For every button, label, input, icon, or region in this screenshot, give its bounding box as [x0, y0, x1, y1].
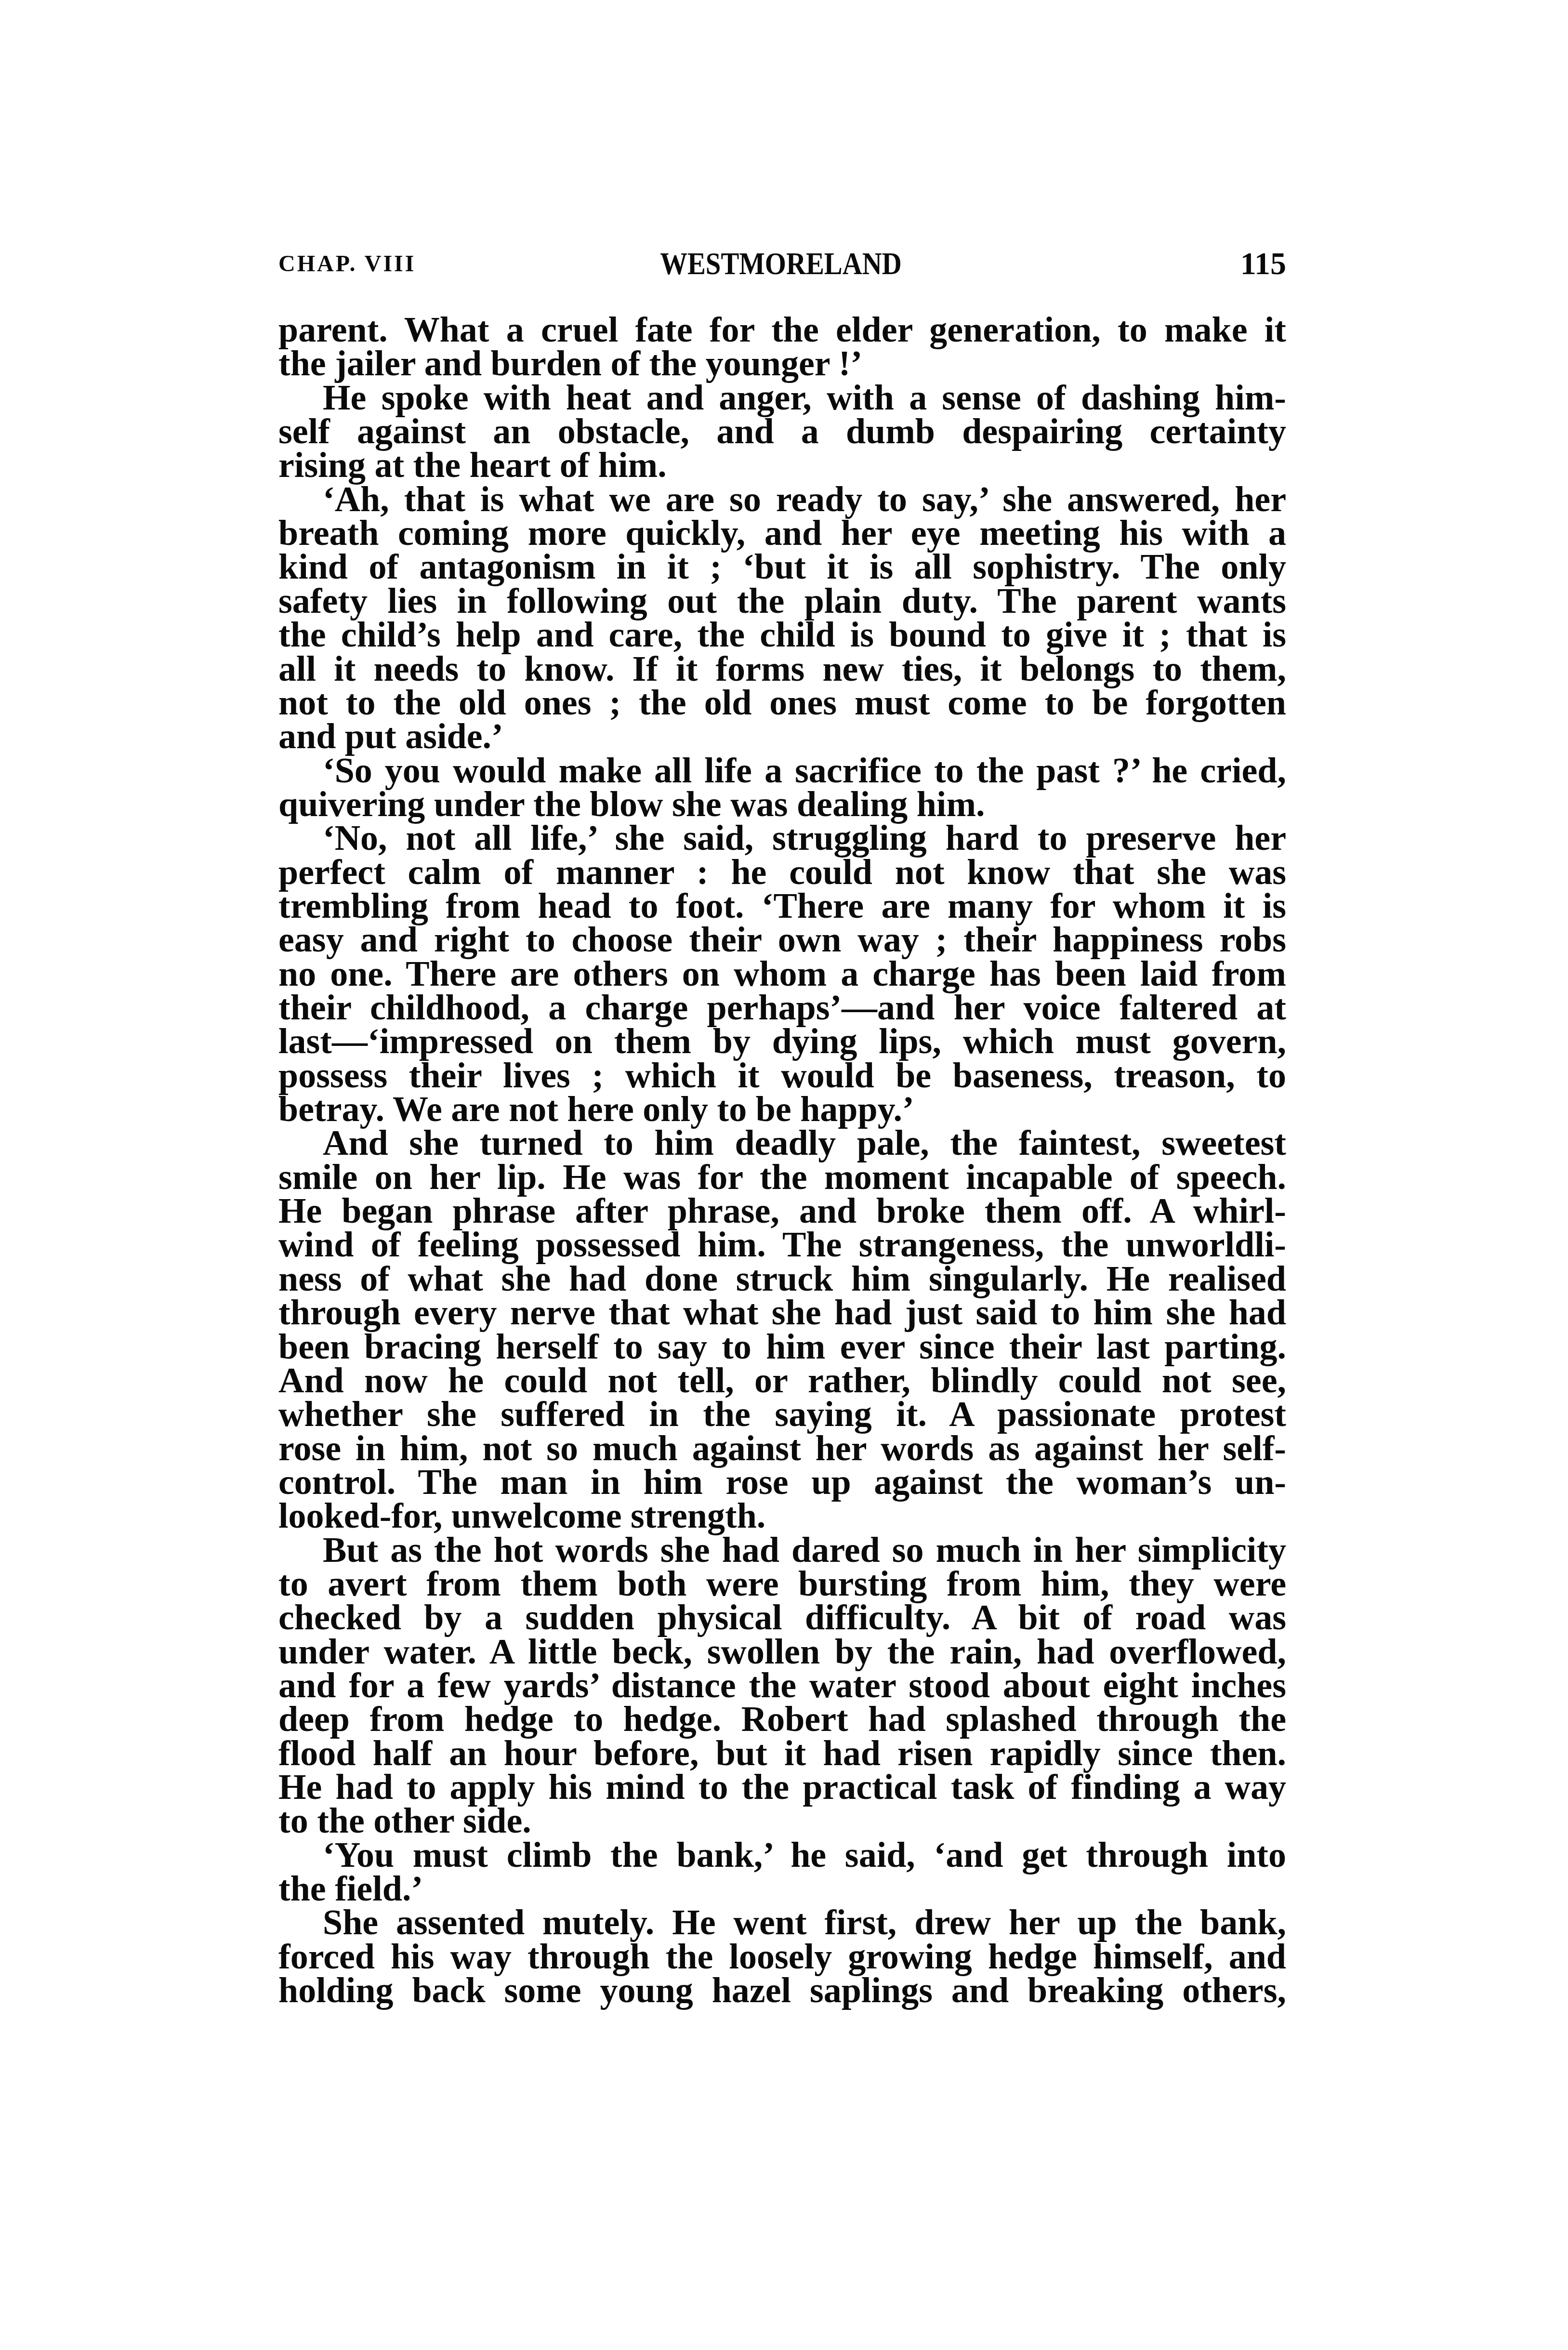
text-line: to avert from them both were bursting fr… — [278, 1567, 1286, 1601]
text-line: and put aside.’ — [278, 720, 1286, 753]
text-line: possess their lives ; which it would be … — [278, 1059, 1286, 1093]
book-page: CHAP. VIII WESTMORELAND 115 parent. What… — [0, 0, 1568, 2350]
text-line: been bracing herself to say to him ever … — [278, 1330, 1286, 1364]
text-line: betray. We are not here only to be happy… — [278, 1093, 1286, 1126]
text-line: She assented mutely. He went first, drew… — [278, 1906, 1286, 1940]
text-line: kind of antagonism in it ; ‘but it is al… — [278, 550, 1286, 584]
text-line: their childhood, a charge perhaps’—and h… — [278, 991, 1286, 1025]
text-line: And she turned to him deadly pale, the f… — [278, 1126, 1286, 1160]
text-line: ‘No, not all life,’ she said, struggling… — [278, 821, 1286, 855]
text-line: But as the hot words she had dared so mu… — [278, 1533, 1286, 1567]
text-line: holding back some young hazel saplings a… — [278, 1974, 1286, 2007]
text-line: looked-for, unwelcome strength. — [278, 1499, 1286, 1533]
text-line: ‘So you would make all life a sacrifice … — [278, 754, 1286, 788]
text-line: the child’s help and care, the child is … — [278, 618, 1286, 652]
text-line: parent. What a cruel fate for the elder … — [278, 313, 1286, 347]
text-line: forced his way through the loosely growi… — [278, 1940, 1286, 1974]
text-line: the jailer and burden of the younger !’ — [278, 347, 1286, 381]
text-line: whether she suffered in the saying it. A… — [278, 1398, 1286, 1431]
text-line: no one. There are others on whom a charg… — [278, 957, 1286, 991]
text-line: quivering under the blow she was dealing… — [278, 788, 1286, 821]
text-line: checked by a sudden physical difficulty.… — [278, 1601, 1286, 1635]
text-line: deep from hedge to hedge. Robert had spl… — [278, 1703, 1286, 1736]
text-line: easy and right to choose their own way ;… — [278, 923, 1286, 957]
running-title: WESTMORELAND — [643, 250, 919, 278]
text-line: rose in him, not so much against her wor… — [278, 1432, 1286, 1465]
text-line: not to the old ones ; the old ones must … — [278, 686, 1286, 720]
page-number: 115 — [1239, 250, 1286, 278]
text-line: safety lies in following out the plain d… — [278, 584, 1286, 618]
text-line: rising at the heart of him. — [278, 449, 1286, 482]
text-line: trembling from head to foot. ‘There are … — [278, 889, 1286, 923]
text-line: He spoke with heat and anger, with a sen… — [278, 381, 1286, 415]
text-line: He had to apply his mind to the practica… — [278, 1770, 1286, 1804]
text-line: under water. A little beck, swollen by t… — [278, 1635, 1286, 1669]
text-line: perfect calm of manner : he could not kn… — [278, 856, 1286, 889]
text-line: all it needs to know. If it forms new ti… — [278, 652, 1286, 686]
text-line: ‘You must climb the bank,’ he said, ‘and… — [278, 1838, 1286, 1872]
text-line: to the other side. — [278, 1804, 1286, 1838]
text-line: last—‘impressed on them by dying lips, w… — [278, 1025, 1286, 1058]
text-line: breath coming more quickly, and her eye … — [278, 516, 1286, 550]
chapter-label: CHAP. VIII — [278, 250, 416, 278]
text-line: flood half an hour before, but it had ri… — [278, 1737, 1286, 1770]
text-line: the field.’ — [278, 1872, 1286, 1906]
text-line: through every nerve that what she had ju… — [278, 1296, 1286, 1330]
text-line: And now he could not tell, or rather, bl… — [278, 1364, 1286, 1398]
text-line: ‘Ah, that is what we are so ready to say… — [278, 483, 1286, 516]
text-line: and for a few yards’ distance the water … — [278, 1669, 1286, 1703]
text-line: control. The man in him rose up against … — [278, 1465, 1286, 1499]
text-line: ness of what she had done struck him sin… — [278, 1262, 1286, 1296]
text-line: He began phrase after phrase, and broke … — [278, 1194, 1286, 1228]
text-line: wind of feeling possessed him. The stran… — [278, 1228, 1286, 1262]
text-line: smile on her lip. He was for the moment … — [278, 1161, 1286, 1194]
text-line: self against an obstacle, and a dumb des… — [278, 415, 1286, 449]
